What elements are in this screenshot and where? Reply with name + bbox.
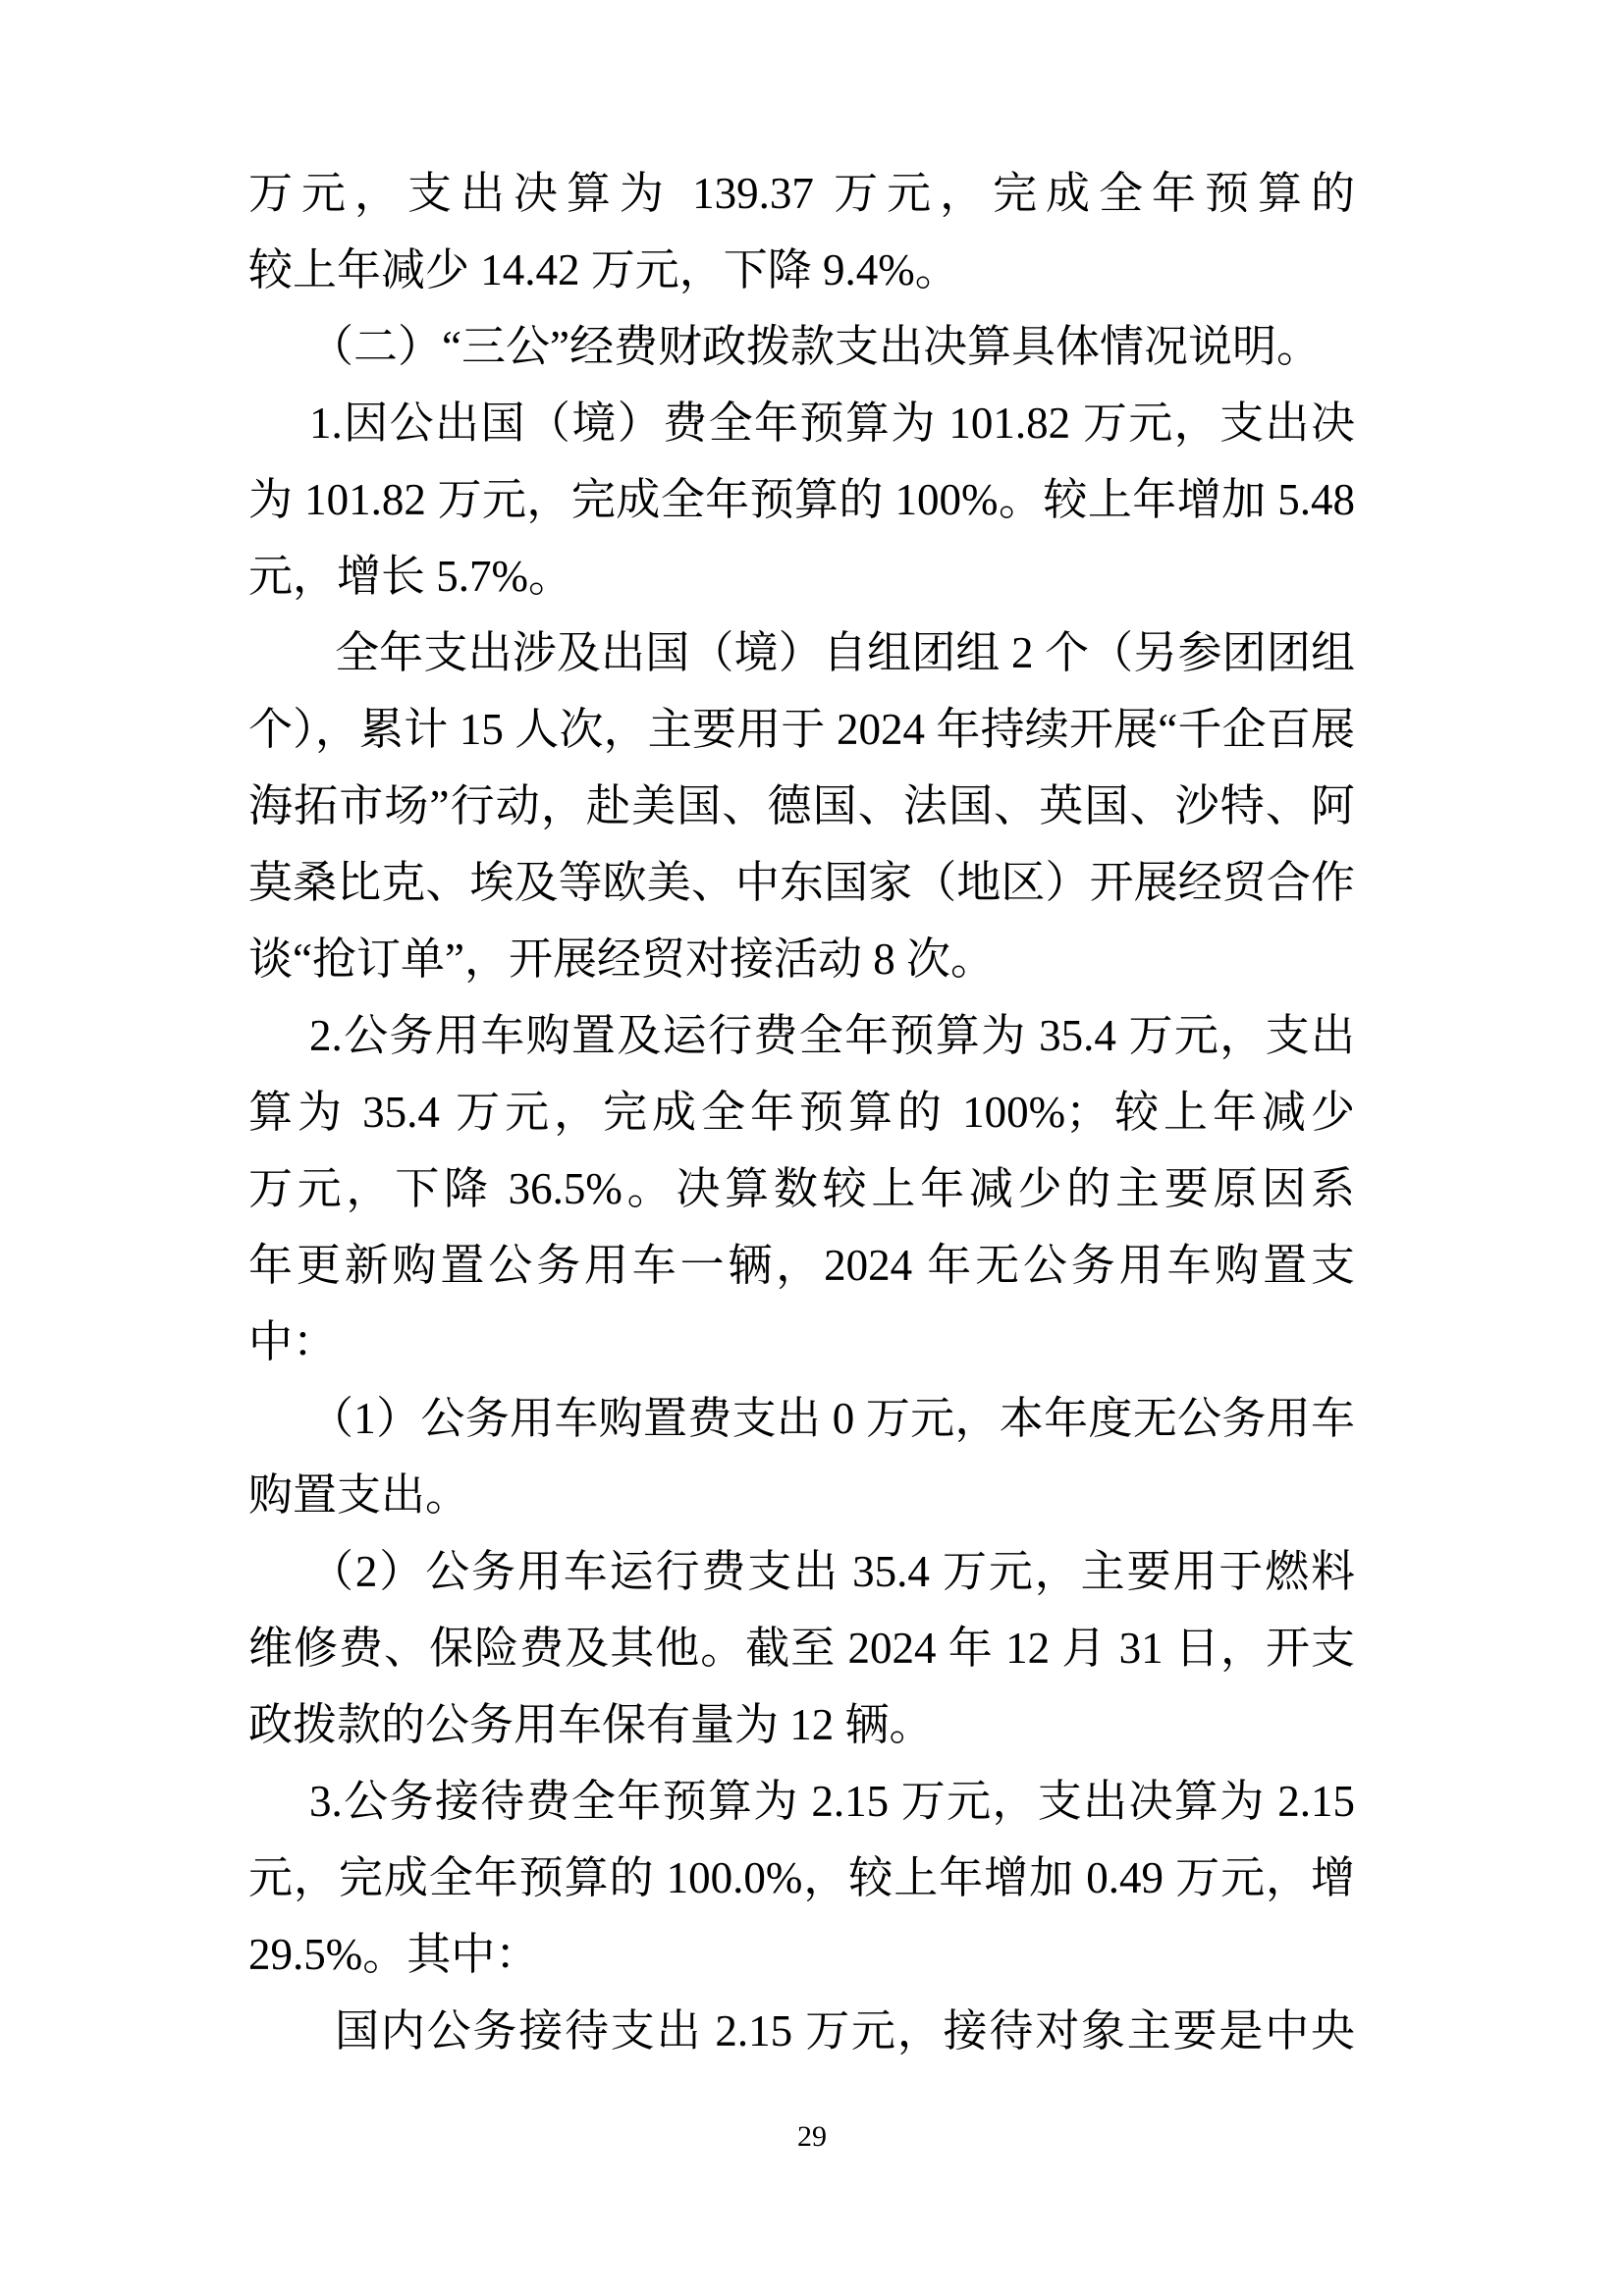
- text-line: 较上年减少 14.42 万元，下降 9.4%。: [248, 232, 1355, 308]
- text-line: 29.5%。其中：: [248, 1916, 1355, 1993]
- text-line: （2）公务用车运行费支出 35.4 万元，主要用于燃料费、: [248, 1533, 1355, 1610]
- document-page: 万元，支出决算为 139.37 万元，完成全年预算的 100.0%。 较上年减少…: [0, 0, 1624, 2296]
- text-line: 1.因公出国（境）费全年预算为 101.82 万元，支出决算: [248, 385, 1355, 461]
- body-text: 万元，支出决算为 139.37 万元，完成全年预算的 100.0%。 较上年减少…: [248, 155, 1355, 2069]
- section-heading: （二）“三公”经费财政拨款支出决算具体情况说明。: [248, 308, 1355, 385]
- text-line: 政拨款的公务用车保有量为 12 辆。: [248, 1686, 1355, 1763]
- text-line: 个），累计 15 人次，主要用于 2024 年持续开展“千企百展出: [248, 691, 1355, 768]
- text-line: 万元，支出决算为 139.37 万元，完成全年预算的 100.0%。: [248, 155, 1355, 232]
- page-number: 29: [0, 2118, 1624, 2156]
- text-line: 万元，下降 36.5%。决算数较上年减少的主要原因系 2023: [248, 1150, 1355, 1227]
- text-line: 年更新购置公务用车一辆，2024 年无公务用车购置支出。其: [248, 1227, 1355, 1304]
- text-line: 2.公务用车购置及运行费全年预算为 35.4 万元，支出决: [248, 997, 1355, 1074]
- text-line: （1）公务用车购置费支出 0 万元，本年度无公务用车: [248, 1380, 1355, 1457]
- text-line: 元，完成全年预算的 100.0%，较上年增加 0.49 万元，增长: [248, 1840, 1355, 1916]
- text-line: 莫桑比克、埃及等欧美、中东国家（地区）开展经贸合作洽: [248, 844, 1355, 921]
- text-line: 元，增长 5.7%。: [248, 538, 1355, 614]
- text-line: 算为 35.4 万元，完成全年预算的 100%；较上年减少 20.39: [248, 1074, 1355, 1150]
- text-line: 海拓市场”行动，赴美国、德国、法国、英国、沙特、阿联酋、: [248, 768, 1355, 844]
- text-line: 为 101.82 万元，完成全年预算的 100%。较上年增加 5.48 万: [248, 461, 1355, 538]
- text-line: 谈“抢订单”，开展经贸对接活动 8 次。: [248, 921, 1355, 997]
- text-line: 维修费、保险费及其他。截至 2024 年 12 月 31 日，开支财: [248, 1610, 1355, 1686]
- text-line: 中：: [248, 1304, 1355, 1380]
- text-line: 3.公务接待费全年预算为 2.15 万元，支出决算为 2.15 万: [248, 1763, 1355, 1840]
- text-line: 购置支出。: [248, 1457, 1355, 1533]
- text-line: 国内公务接待支出 2.15 万元，接待对象主要是中央及其: [248, 1993, 1355, 2069]
- text-line: 全年支出涉及出国（境）自组团组 2 个（另参团团组 11: [248, 614, 1355, 691]
